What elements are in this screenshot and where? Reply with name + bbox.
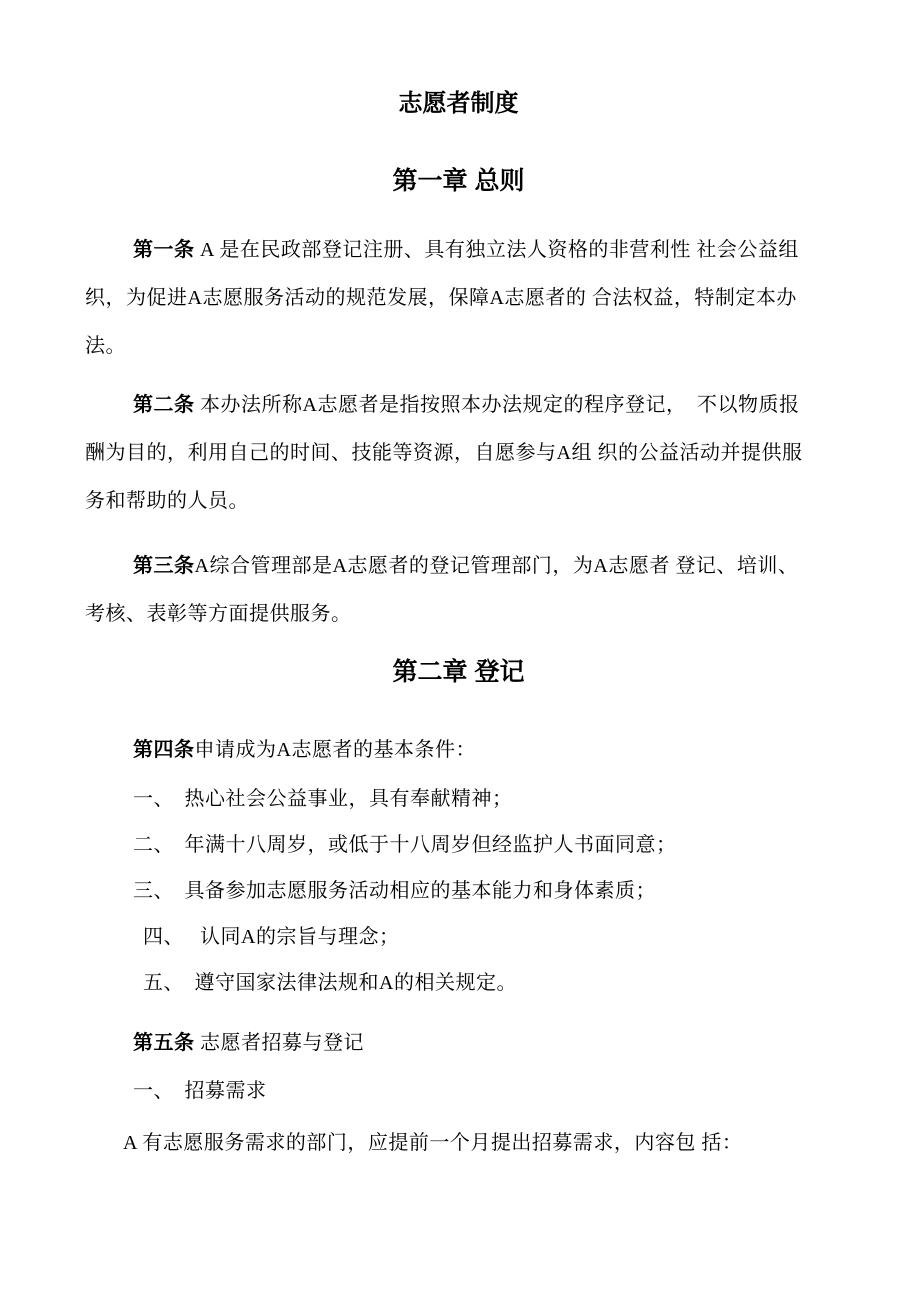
document-page: 志愿者制度 第一章 总则 第一条 A 是在民政部登记注册、具有独立法人资格的非营… <box>0 0 920 1302</box>
article-2-line-2: 酬为目的，利用自己的时间、技能等资源，自愿参与A组 织的公益活动并提供服 <box>85 429 832 477</box>
article-2-line-3: 务和帮助的人员。 <box>85 477 832 525</box>
condition-item-1: 一、 热心社会公益事业，具有奉献精神； <box>85 776 832 822</box>
recruitment-paragraph: A 有志愿服务需求的部门，应提前一个月提出招募需求，内容包 括： <box>85 1119 832 1167</box>
recruitment-item-1: 一、 招募需求 <box>85 1067 832 1115</box>
article-3-label: 第三条 <box>133 555 195 577</box>
article-1: 第一条 A 是在民政部登记注册、具有独立法人资格的非营利性 社会公益组 织，为促… <box>85 226 832 370</box>
article-1-line-1: 第一条 A 是在民政部登记注册、具有独立法人资格的非营利性 社会公益组 <box>85 226 832 274</box>
article-2-label: 第二条 <box>133 394 195 416</box>
article-1-text: A 是在民政部登记注册、具有独立法人资格的非营利性 社会公益组 <box>195 239 799 261</box>
article-5-label: 第五条 <box>133 1032 195 1054</box>
article-3-line-1: 第三条A综合管理部是A志愿者的登记管理部门，为A志愿者 登记、培训、 <box>85 542 832 590</box>
article-1-label: 第一条 <box>133 239 195 261</box>
article-5-text: 志愿者招募与登记 <box>195 1032 365 1054</box>
article-2-text: 本办法所称A志愿者是指按照本办法规定的程序登记， 不以物质报 <box>195 394 800 416</box>
condition-item-5: 五、 遵守国家法律法规和A的相关规定。 <box>85 960 832 1006</box>
article-1-line-2: 织，为促进A志愿服务活动的规范发展，保障A志愿者的 合法权益，特制定本办 <box>85 274 832 322</box>
article-4: 第四条申请成为A志愿者的基本条件： <box>85 726 832 774</box>
condition-item-2: 二、 年满十八周岁，或低于十八周岁但经监护人书面同意； <box>85 822 832 868</box>
document-title: 志愿者制度 <box>85 88 832 120</box>
article-4-text: 申请成为A志愿者的基本条件： <box>195 739 476 761</box>
article-2-line-1: 第二条 本办法所称A志愿者是指按照本办法规定的程序登记， 不以物质报 <box>85 381 832 429</box>
article-2: 第二条 本办法所称A志愿者是指按照本办法规定的程序登记， 不以物质报 酬为目的，… <box>85 381 832 525</box>
condition-item-3: 三、 具备参加志愿服务活动相应的基本能力和身体素质； <box>85 868 832 914</box>
article-4-line-1: 第四条申请成为A志愿者的基本条件： <box>85 726 832 774</box>
condition-item-4: 四、 认同A的宗旨与理念； <box>85 914 832 960</box>
chapter-1-heading: 第一章 总则 <box>85 163 832 199</box>
article-3: 第三条A综合管理部是A志愿者的登记管理部门，为A志愿者 登记、培训、 考核、表彰… <box>85 542 832 638</box>
chapter-2-heading: 第二章 登记 <box>85 654 832 690</box>
article-5-line-1: 第五条 志愿者招募与登记 <box>85 1019 832 1067</box>
article-3-line-2: 考核、表彰等方面提供服务。 <box>85 590 832 638</box>
article-5: 第五条 志愿者招募与登记 <box>85 1019 832 1067</box>
article-3-text: A综合管理部是A志愿者的登记管理部门，为A志愿者 登记、培训、 <box>195 555 799 577</box>
article-4-label: 第四条 <box>133 739 195 761</box>
article-1-line-3: 法。 <box>85 322 832 370</box>
condition-list: 一、 热心社会公益事业，具有奉献精神； 二、 年满十八周岁，或低于十八周岁但经监… <box>85 776 832 1006</box>
